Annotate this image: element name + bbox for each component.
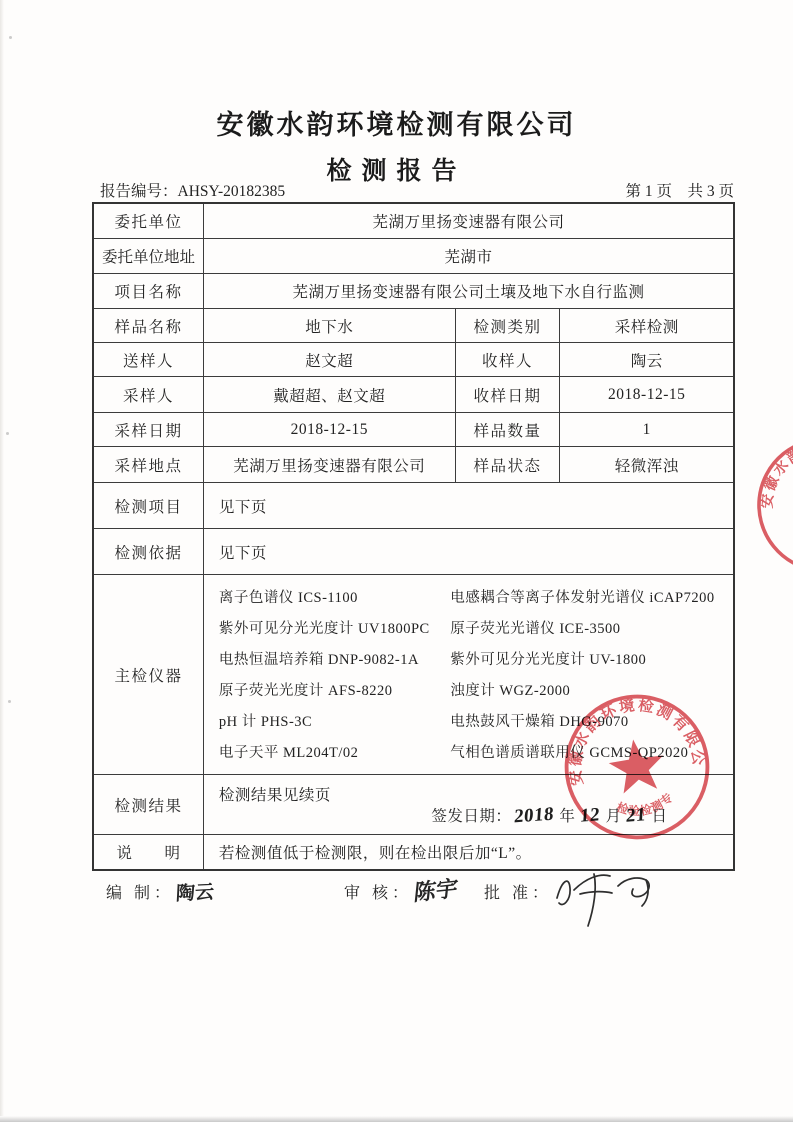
reviewed-label: 审 核： (344, 874, 412, 903)
test-items-value: 见下页 (204, 483, 733, 528)
prepared-signature: 陶云 (175, 877, 214, 906)
receiver-value: 陶云 (560, 343, 733, 376)
instrument-item: 紫外可见分光光度计 UV-1800 (450, 645, 733, 676)
test-items-label: 检测项目 (94, 483, 204, 528)
issue-date-label: 签发日期： (431, 804, 511, 826)
sample-name-value: 地下水 (204, 309, 456, 342)
scan-speck (9, 36, 12, 39)
receive-date-label: 收样日期 (456, 377, 561, 412)
prepared-by: 编 制： 陶云 (106, 874, 214, 905)
receive-date-value: 2018-12-15 (560, 377, 733, 412)
company-title: 安徽水韵环境检测有限公司 (0, 103, 793, 142)
table-row-project: 项目名称 芜湖万里扬变速器有限公司土壤及地下水自行监测 (94, 274, 733, 309)
report-number: 报告编号：AHSY-20182385 (100, 179, 285, 201)
instrument-item: 离子色谱仪 ICS-1100 (219, 583, 450, 614)
project-label: 项目名称 (94, 274, 204, 308)
instruments-label: 主检仪器 (94, 575, 204, 774)
client-value: 芜湖万里扬变速器有限公司 (204, 204, 733, 238)
signature-row: 编 制： 陶云 审 核： 陈宇 批 准： (92, 874, 735, 934)
report-meta: 报告编号：AHSY-20182385 第 1 页 共 3 页 (100, 179, 734, 201)
test-basis-label: 检测依据 (94, 529, 204, 574)
approved-by: 批 准： (484, 874, 668, 928)
page-indicator: 第 1 页 共 3 页 (625, 179, 734, 201)
instrument-item: 原子荧光光度计 AFS-8220 (219, 676, 450, 707)
table-row-address: 委托单位地址 芜湖市 (94, 239, 733, 274)
note-label: 说 明 (94, 835, 204, 869)
sampler-label: 采样人 (94, 377, 204, 412)
sampling-date-label: 采样日期 (94, 413, 204, 446)
table-row-sampler: 采样人 戴超超、赵文超 收样日期 2018-12-15 (94, 377, 733, 413)
quantity-label: 样品数量 (456, 413, 561, 446)
svg-text:检验检测专用章: 检验检测专用章 (743, 423, 793, 557)
sampler-value: 戴超超、赵文超 (204, 377, 456, 412)
instrument-item: 气相色谱质谱联用仪 GCMS-QP2020 (450, 738, 733, 769)
instrument-item: 电热鼓风干燥箱 DHG-9070 (450, 707, 733, 738)
instrument-item: 电子天平 ML204T/02 (219, 738, 450, 769)
table-row-sampling-date: 采样日期 2018-12-15 样品数量 1 (94, 413, 733, 447)
table-row-test-items: 检测项目 见下页 (94, 483, 733, 529)
sample-name-label: 样品名称 (94, 309, 204, 342)
address-value: 芜湖市 (204, 239, 733, 273)
instrument-item: 电热恒温培养箱 DNP-9082-1A (219, 645, 450, 676)
receiver-label: 收样人 (456, 343, 561, 376)
state-value: 轻微浑浊 (560, 447, 733, 482)
seal-bottom-text: 检验检测专用章 (743, 423, 793, 557)
reviewed-by: 审 核： 陈宇 (344, 874, 458, 905)
address-label: 委托单位地址 (94, 239, 204, 273)
results-value: 检测结果见续页 (219, 783, 331, 805)
issue-day-handwritten: 21 (626, 804, 648, 828)
table-row-results: 检测结果 检测结果见续页 签发日期： 2018 年 12 月 21 日 (94, 775, 733, 835)
results-cell: 检测结果见续页 签发日期： 2018 年 12 月 21 日 (204, 775, 733, 834)
issue-month-handwritten: 12 (580, 804, 602, 828)
results-label: 检测结果 (94, 775, 204, 834)
instruments-list: 离子色谱仪 ICS-1100 电感耦合等离子体发射光谱仪 iCAP7200 紫外… (204, 575, 733, 774)
seal-ring (752, 432, 793, 577)
instrument-item: 浊度计 WGZ-2000 (450, 676, 733, 707)
scan-speck (8, 700, 11, 703)
project-value: 芜湖万里扬变速器有限公司土壤及地下水自行监测 (204, 274, 733, 308)
reviewed-signature: 陈宇 (412, 871, 459, 907)
scan-edge-bottom (0, 1116, 793, 1122)
seal-company-text: 安徽水韵环境检测有限公司 (743, 423, 793, 522)
instrument-item: 原子荧光光谱仪 ICE-3500 (450, 614, 733, 645)
approved-label: 批 准： (484, 874, 552, 903)
instrument-item: pH 计 PHS-3C (219, 707, 450, 738)
issue-date: 签发日期： 2018 年 12 月 21 日 (431, 804, 669, 827)
client-label: 委托单位 (94, 204, 204, 238)
table-row-instruments: 主检仪器 离子色谱仪 ICS-1100 电感耦合等离子体发射光谱仪 iCAP72… (94, 575, 733, 775)
scan-edge-left (0, 0, 4, 1122)
sampling-date-value: 2018-12-15 (204, 413, 456, 446)
instrument-item: 紫外可见分光光度计 UV1800PC (219, 614, 450, 645)
report-table: 委托单位 芜湖万里扬变速器有限公司 委托单位地址 芜湖市 项目名称 芜湖万里扬变… (92, 202, 735, 871)
table-row-site: 采样地点 芜湖万里扬变速器有限公司 样品状态 轻微浑浊 (94, 447, 733, 483)
sender-label: 送样人 (94, 343, 204, 376)
state-label: 样品状态 (456, 447, 561, 482)
quantity-value: 1 (560, 413, 733, 446)
edge-seal: 安徽水韵环境检测有限公司 检验检测专用章 (743, 423, 793, 588)
prepared-label: 编 制： (106, 874, 174, 903)
instrument-item: 电感耦合等离子体发射光谱仪 iCAP7200 (450, 583, 733, 614)
category-label: 检测类别 (456, 309, 561, 342)
site-value: 芜湖万里扬变速器有限公司 (204, 447, 456, 482)
table-row-test-basis: 检测依据 见下页 (94, 529, 733, 575)
svg-text:安徽水韵环境检测有限公司: 安徽水韵环境检测有限公司 (743, 423, 793, 522)
issue-year-handwritten: 2018 (514, 804, 555, 829)
approver-signature (550, 864, 668, 928)
table-row-sender: 送样人 赵文超 收样人 陶云 (94, 343, 733, 377)
report-page: 安徽水韵环境检测有限公司 检测报告 报告编号：AHSY-20182385 第 1… (0, 0, 793, 1122)
scan-speck (6, 432, 9, 435)
table-row-sample-name: 样品名称 地下水 检测类别 采样检测 (94, 309, 733, 343)
test-basis-value: 见下页 (204, 529, 733, 574)
site-label: 采样地点 (94, 447, 204, 482)
category-value: 采样检测 (560, 309, 733, 342)
table-row-client: 委托单位 芜湖万里扬变速器有限公司 (94, 204, 733, 239)
sender-value: 赵文超 (204, 343, 456, 376)
